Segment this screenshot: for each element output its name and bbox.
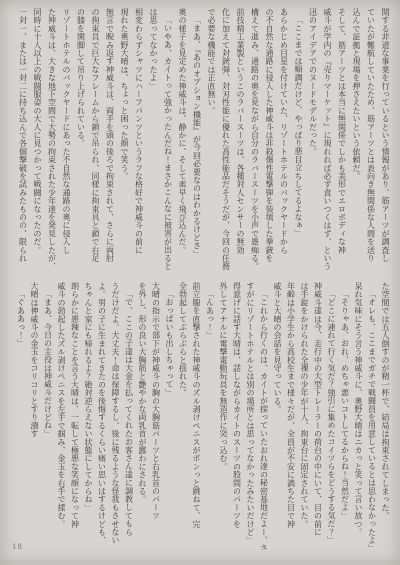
text-column: た神威斗は、大きな地下空間で大勢の拘束された少年達を発見したが、: [44, 8, 59, 274]
text-column: 外してアナルに電撃電動玩具を無造作に突っ込む。: [217, 282, 231, 550]
text-column: 朗らかに悪辣なことを言う大晴は、一転して極悪な笑顔になって神: [68, 282, 82, 550]
text-column: 「オレも、ここまでガチで戦闘員を用意しているとは思わなかったよ」: [365, 282, 379, 550]
text-column: は思ってなかったよ」: [146, 8, 161, 274]
text-column: 前技精工業製というこのラバースーツは、各種対人センサーの無効: [233, 8, 248, 274]
text-column: 大晴は神威斗の金玉をコリコリとすり潰す: [28, 282, 42, 550]
text-column: 「まあ、『あのオプション機能』が今回必要なのはわかるけどさ」: [189, 8, 204, 274]
text-column: すがにリゾートホテルとは別の場所とは思ってなかったみたいだけど」: [244, 282, 258, 550]
text-column: 前立腺を直撃された神威斗のズル剥けペニスがボンっと跳ねて、完: [190, 282, 204, 550]
text-column: 迅のアイデアでのヌードモデルだった。: [305, 8, 320, 274]
text-column: 威斗と大晴の会話を見守っている。: [271, 282, 285, 550]
text-column: の膝を開脚して吊り上げられている。: [73, 8, 88, 274]
text-column: 「そりゃあ、おれ、めちゃ悪いコトしてるからね！当然だよ」: [338, 282, 352, 550]
text-column: 無言で睨み返す神威斗は、両手を頭の後ろで拘束されて、さらに両肘: [102, 8, 117, 274]
text-column: 「んあっ！」: [203, 282, 217, 550]
text-column: の不自然な通路に侵入した神威斗は非殺傷性電撃弾を装填した拳銃を: [262, 8, 277, 274]
text-column: 相変わらずシャツにハーフパンツというラフな格好で神威斗の前に: [131, 8, 146, 274]
text-column: ていたが難航していたため、筋アーツとは表向き無関係な人間を送り: [363, 8, 378, 274]
text-column: の拘束具で巨大なフレームから鎖で吊られ、同様に拘束具と鎖で右足: [88, 8, 103, 274]
text-block-top: 関する非道な事業を行っているという情報があり、筋アーツが調査していたが難航してい…: [12, 8, 392, 274]
text-column: 全勃起してぶらぶらと揺れた。: [176, 282, 190, 550]
text-column: を外し、形の良い大胸筋と艶やかな両乳首が露わにされる。: [136, 282, 150, 550]
text-column: た空間では五人倒すのが精一杯で、結局は拘束されてしまった。: [379, 282, 393, 550]
text-column: ちゃんと家にも帰れるよ？絶対逆らえない状態にしてからね」: [82, 282, 96, 550]
text-column: うだけだよ。大丈夫！命は保障するし、後に残るような怪我もさせない: [109, 282, 123, 550]
text-column: 威斗が学内の『売りマーケット』に現れれば必ず食いつくはず、という: [320, 8, 335, 274]
text-column: で必要な機能では正直無い。: [204, 8, 219, 274]
text-column: 奥の様子を見定めた神威斗は、静かに、そして素早く飛び込んだ。: [175, 8, 190, 274]
text-column: 一対一、または一対二に持ち込んで各個撃破を試みたものの、限られ: [15, 8, 30, 274]
text-column: 「で、ここの子達は大金を払ってくれたお客さん達に調教してもら: [122, 282, 136, 550]
text-column: 現れた奥野大晴は、ちょっと困った顔で笑う。: [117, 8, 132, 274]
text-column: あらかじめ目星を付けていた、リゾートホテルのバックヤードから: [276, 8, 291, 274]
text-column: よ。男の子に生まれてきたのを後悔するくらい痛い思いはするけども、: [95, 282, 109, 550]
text-column: 大晴の指示で部下が神威斗の胸の大胸筋パーツと右乳首のパーツ: [149, 282, 163, 550]
text-column: 同時に十人以上の戦闘服姿の大人に見つかって戦闘になったのだ。: [30, 8, 45, 274]
page-number: 18: [12, 543, 23, 551]
text-column: 「これから行くのは、カイトが探っていたおれ達の秘密基地だよー。さ: [257, 282, 271, 550]
text-column: 構えて進み、通路の奥を見ながら自分のラバースーツを小声で愚痴る。: [247, 8, 262, 274]
text-column: 込んで証拠と現場を押さえたいという依頼だ。: [349, 8, 364, 274]
text-column: 「ぐああっ！」: [14, 282, 28, 550]
text-column: 関する非道な事業を行っているという情報があり、筋アーツが調査し: [378, 8, 393, 274]
text-column: 呆れ気味にそう言う神威斗に、奥野大晴はニカっと笑って言い放つ。: [352, 282, 366, 550]
text-column: 「おっぱいも出しちゃって」: [163, 282, 177, 550]
text-column: は手錠をかけられた全裸の少年が十人、拘束台に固定されていた。: [298, 282, 312, 550]
text-column: 化に加えて対銃弾、対刃性能に優れた高性能品だそうだが、今回の任務: [218, 8, 233, 274]
text-column: 「どこに連れて行く気だ？強引に集めたコイツらをどうする気だ？」: [325, 282, 339, 550]
text-column: 「ここまでは順調だけど、やっぱり悪目立ちしてるよなぁ」: [291, 8, 306, 274]
text-column: 威斗の勃起したズル剥けペニスを左手で掴み、金玉を右手で揉む。: [55, 282, 69, 550]
text-column: 得意げに話す大晴は、話しながらカイトのスーツの股間のパーツを: [230, 282, 244, 550]
text-block-bottom: た空間では五人倒すのが精一杯で、結局は拘束されてしまった。「オレも、ここまでガチ…: [12, 282, 392, 550]
text-column: 神威斗達は今、走行中の大型トレーラーの荷台の中にいて、目の前に: [311, 282, 325, 550]
text-column: 「いやあ、カイトって強かったんだね！まさかこんなに被害が出ると: [160, 8, 175, 274]
scanned-novel-page: 関する非道な事業を行っているという情報があり、筋アーツが調査していたが難航してい…: [0, 0, 400, 565]
text-column: 年齢は小学生から高校生まで様々だが、全員が不安に満ちた目で神: [284, 282, 298, 550]
text-column: 「まあ、今日の主役は神威斗だけどね」: [41, 282, 55, 550]
text-column: リゾートホテルのバックヤードにあった不自然な通路の奥に侵入し: [59, 8, 74, 274]
text-column: そして、筋アーツとは本当に無関係でしかも美形でエロボディな神: [334, 8, 349, 274]
